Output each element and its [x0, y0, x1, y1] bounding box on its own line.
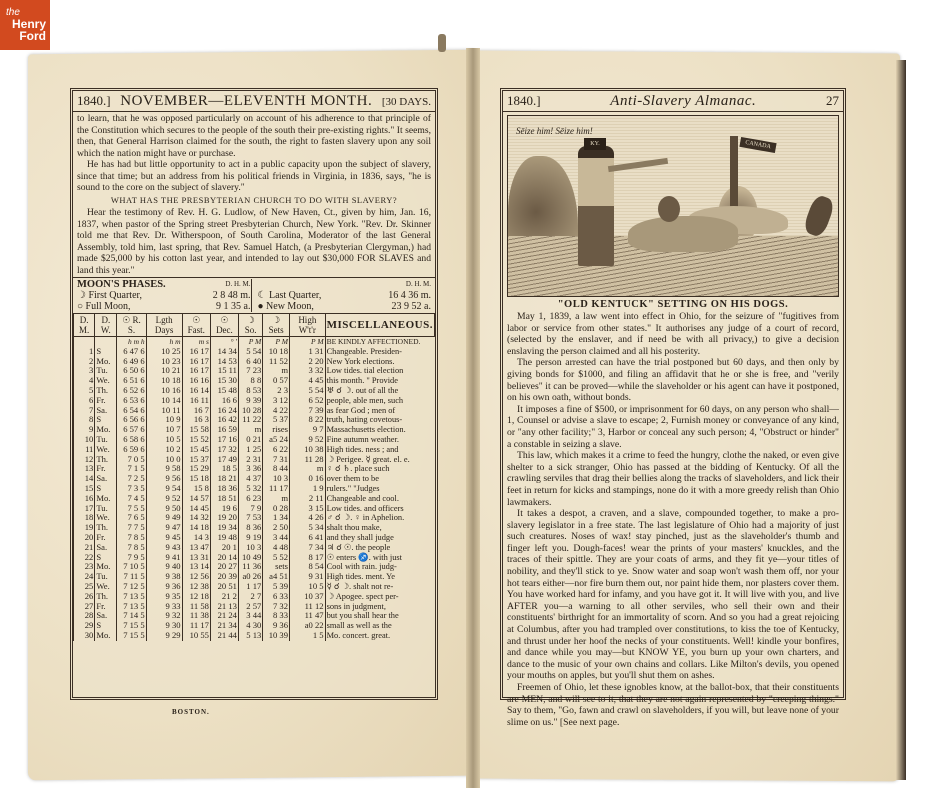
col-header: ☽ Sets	[263, 314, 290, 337]
moon-phases-title: MOON'S PHASES.	[77, 279, 166, 290]
right-page-header: 1840.] Anti-Slavery Almanac. 27	[503, 91, 843, 112]
miscellaneous-cell: ♃ ☌ ☉. the people	[325, 543, 434, 553]
col-header: ☉ Fast.	[182, 314, 210, 337]
moon-phase-row: ☽ First Quarter, 2 8 48 m.	[77, 290, 251, 301]
canada-sign: CANADA	[739, 137, 776, 153]
dog-head	[658, 196, 680, 222]
calendar-cell: 10 55	[182, 631, 210, 641]
calendar-cell: 21 44	[210, 631, 238, 641]
miscellaneous-cell: people, able men, such	[325, 396, 434, 406]
full-moon-icon: ○	[77, 301, 83, 312]
henry-ford-logo[interactable]: the Henry Ford	[0, 0, 50, 50]
col-header: Lgth Days	[146, 314, 182, 337]
hat-label: KY.	[584, 138, 606, 150]
intro-paragraph: He has had but little opportunity to act…	[77, 159, 431, 194]
article-paragraph: May 1, 1839, a law went into effect in O…	[507, 311, 839, 357]
calendar-cell: 1 5	[290, 631, 326, 641]
first-quarter-icon: ☽	[77, 290, 86, 301]
miscellaneous-cell: truth, hating covetous-	[325, 415, 434, 425]
miscellaneous-cell: New York elections.	[325, 357, 434, 367]
moon-phases-right: D. H. M. ☾ Last Quarter, 16 4 36 m. ● Ne…	[251, 279, 432, 312]
days-count: [30 DAYS.	[382, 96, 431, 108]
calendar-cell: 10 39	[263, 631, 290, 641]
pointing-arm	[608, 158, 668, 172]
col-header: ☽ So.	[238, 314, 262, 337]
subheading: WHAT HAS THE PRESBYTERIAN CHURCH TO DO W…	[77, 195, 431, 207]
col-header: High W't'r	[290, 314, 326, 337]
book-spine	[466, 48, 480, 788]
miscellaneous-cell: but you shall hear the	[325, 611, 434, 621]
binding-thread	[438, 34, 446, 52]
intro-text: to learn, that he was opposed particular…	[73, 112, 435, 277]
miscellaneous-cell: Fine autumn weather.	[325, 435, 434, 445]
miscellaneous-cell: ☽ Perigee. ☿ great. el. e.	[325, 455, 434, 465]
article-title: "OLD KENTUCK" SETTING ON HIS DOGS.	[503, 299, 843, 310]
calendar-table: D. M. D. W. ☉ R. S. Lgth Days ☉ Fast. ☉ …	[73, 314, 435, 641]
dog-figure	[628, 216, 738, 252]
moon-phase-row: ● New Moon, 23 9 52 a.	[258, 301, 432, 312]
col-header-miscellaneous: MISCELLANEOUS.	[325, 314, 434, 337]
right-page-frame: 1840.] Anti-Slavery Almanac. 27 Sēize hi…	[500, 88, 846, 700]
month-title: NOVEMBER—ELEVENTH MONTH.	[120, 93, 372, 110]
calendar-cell: 9 29	[146, 631, 182, 641]
calendar-body: h m h h m m s ° ′ P M P M P M BE KINDLY …	[74, 337, 435, 641]
right-page-edges	[896, 60, 906, 780]
miscellaneous-cell: Mo. concert. great.	[325, 631, 434, 641]
miscellaneous-cell: shalt thou make,	[325, 523, 434, 533]
open-almanac-book: 1840.] NOVEMBER—ELEVENTH MONTH. [30 DAYS…	[0, 0, 933, 800]
miscellaneous-cell: Changeable. Presiden-	[325, 347, 434, 357]
miscellaneous-cell: ☿ ☌ ☽. shalt not re-	[325, 582, 434, 592]
slavecatcher-figure	[578, 146, 614, 266]
miscellaneous-cell: High tides. ness ; and	[325, 445, 434, 455]
article-paragraph: The person arrested can have the trial p…	[507, 357, 839, 403]
almanac-title: Anti-Slavery Almanac.	[610, 93, 756, 110]
miscellaneous-cell: over them to be	[325, 474, 434, 484]
col-header: ☉ R. S.	[117, 314, 146, 337]
miscellaneous-cell: ☽ Apogee. spect per-	[325, 592, 434, 602]
miscellaneous-cell: ♂ ☌ ☽. ♀ in Aphelion.	[325, 513, 434, 523]
speech-banner: Sēize him! Sēize him!	[516, 126, 593, 136]
moon-phases: MOON'S PHASES. D. H. M. ☽ First Quarter,…	[73, 277, 435, 314]
calendar-header-row: D. M. D. W. ☉ R. S. Lgth Days ☉ Fast. ☉ …	[74, 314, 435, 337]
miscellaneous-cell: sons in judgment,	[325, 602, 434, 612]
miscellaneous-cell: Low tides. tial election	[325, 366, 434, 376]
left-page-header: 1840.] NOVEMBER—ELEVENTH MONTH. [30 DAYS…	[73, 91, 435, 112]
header-year: 1840.]	[507, 93, 541, 109]
miscellaneous-cell: Changeable and cool.	[325, 494, 434, 504]
miscellaneous-cell: ♀ ☌ ♄. place such	[325, 464, 434, 474]
miscellaneous-cell: rulers." "Judges	[325, 484, 434, 494]
miscellaneous-cell: small as well as the	[325, 621, 434, 631]
calendar-cell: 7 15 5	[117, 631, 146, 641]
dhm-label: D. H. M.	[225, 279, 250, 290]
article-paragraph: It takes a despot, a craven, and a slave…	[507, 508, 839, 682]
fugitive-figure	[802, 193, 836, 238]
article-paragraph: This law, which makes it a crime to feed…	[507, 450, 839, 508]
miscellaneous-cell: this month. " Provide	[325, 376, 434, 386]
article-paragraph: Freemen of Ohio, let these ignobles know…	[507, 682, 839, 728]
miscellaneous-cell: Cool with rain. judg-	[325, 562, 434, 572]
calendar-cell: 5 13	[238, 631, 262, 641]
miscellaneous-cell: ☉ enters ♐. with just	[325, 553, 434, 563]
intro-paragraph: to learn, that he was opposed particular…	[77, 113, 431, 159]
article-paragraph: It imposes a fine of $500, or imprisonme…	[507, 404, 839, 450]
col-header: D. M.	[74, 314, 95, 337]
col-header: ☉ Dec.	[210, 314, 238, 337]
calendar-row: 30Mo.7 15 59 2910 5521 445 1310 391 5Mo.…	[74, 631, 435, 641]
new-moon-icon: ●	[258, 301, 264, 312]
miscellaneous-cell: as fear God ; men of	[325, 406, 434, 416]
moon-phases-left: MOON'S PHASES. D. H. M. ☽ First Quarter,…	[77, 279, 251, 312]
moon-phase-row: ○ Full Moon, 9 1 35 a.	[77, 301, 251, 312]
woodcut-illustration: Sēize him! Sēize him! CANADA KY.	[507, 115, 839, 297]
miscellaneous-cell: Low tides. and officers	[325, 504, 434, 514]
page-number: 27	[826, 93, 839, 109]
miscellaneous-cell: ♅ ☌ ☽. out of all the	[325, 386, 434, 396]
moon-phase-row: ☾ Last Quarter, 16 4 36 m.	[258, 290, 432, 301]
article-body: May 1, 1839, a law went into effect in O…	[503, 311, 843, 728]
calendar-cell: 30	[74, 631, 95, 641]
church-paragraph: Hear the testimony of Rev. H. G. Ludlow,…	[77, 207, 431, 276]
miscellaneous-cell: Massachusetts election.	[325, 425, 434, 435]
header-year: 1840.]	[77, 93, 111, 109]
left-page-frame: 1840.] NOVEMBER—ELEVENTH MONTH. [30 DAYS…	[70, 88, 438, 700]
calendar-cell: Mo.	[95, 631, 117, 641]
col-header: D. W.	[95, 314, 117, 337]
imprint-boston: BOSTON.	[172, 708, 210, 716]
last-quarter-icon: ☾	[258, 290, 267, 301]
miscellaneous-cell: and they shall judge	[325, 533, 434, 543]
miscellaneous-cell: High tides. ment. Ye	[325, 572, 434, 582]
